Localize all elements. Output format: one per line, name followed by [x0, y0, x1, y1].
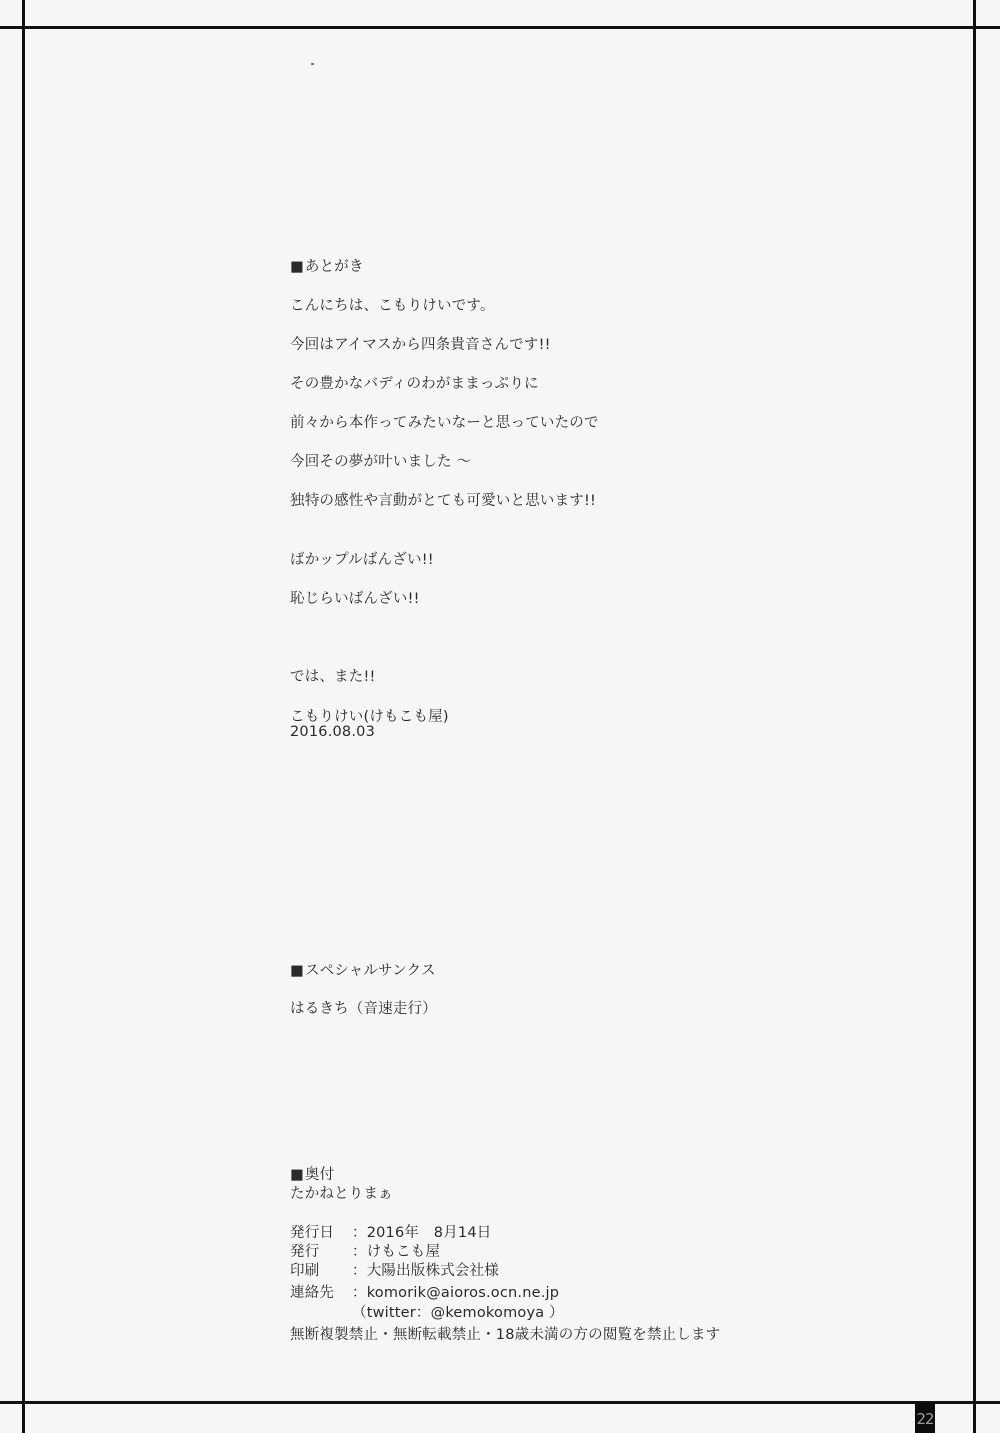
afterword-line: こんにちは、こもりけいです。 [290, 294, 495, 315]
row-label: 印刷 [290, 1259, 352, 1280]
print-speck [311, 63, 314, 65]
afterword-line: ばかップルばんざい!! [290, 548, 434, 569]
row-label: 発行日 [290, 1221, 352, 1242]
colophon-row-publish-date: 発行日：2016年 8月14日 [290, 1221, 491, 1242]
colophon-row-printer: 印刷：大陽出版株式会社様 [290, 1259, 499, 1280]
afterword-line: 恥じらいばんざい!! [290, 587, 420, 608]
copyright-notice: 無断複製禁止・無断転載禁止・18歳未満の方の閲覧を禁止します [290, 1323, 720, 1344]
afterword-line: 独特の感性や言動がとても可愛いと思います!! [290, 489, 596, 510]
special-thanks-name: はるきち（音速走行） [290, 997, 437, 1018]
afterword-line: 今回はアイマスから四条貴音さんです!! [290, 333, 551, 354]
book-title: たかねとりまぁ [290, 1182, 393, 1203]
author-signature: こもりけい(けもこも屋) [290, 705, 449, 726]
row-value: ：2016年 8月14日 [352, 1225, 491, 1241]
afterword-signoff: では、また!! [290, 665, 376, 686]
afterword-heading: あとがき [290, 255, 364, 276]
row-label: 発行 [290, 1240, 352, 1261]
afterword-line: その豊かなバディのわがままっぷりに [290, 372, 539, 393]
frame-line-bottom [0, 1401, 1000, 1404]
page-number: 22 [915, 1403, 935, 1433]
afterword-date: 2016.08.03 [290, 724, 375, 740]
afterword-line: 今回その夢が叶いました ～ [290, 450, 471, 471]
afterword-line: 前々から本作ってみたいなーと思っていたので [290, 411, 599, 432]
special-thanks-heading: スペシャルサンクス [290, 959, 436, 980]
row-label: 連絡先 [290, 1281, 352, 1302]
frame-line-left [22, 0, 25, 1433]
frame-line-right [973, 0, 976, 1433]
colophon-row-publisher: 発行：けもこも屋 [290, 1240, 440, 1261]
colophon-row-contact: 連絡先：komorik@aioros.ocn.ne.jp [290, 1281, 559, 1302]
frame-line-top [0, 26, 1000, 29]
row-value: ：けもこも屋 [352, 1244, 440, 1260]
row-value: ：大陽出版株式会社様 [352, 1263, 499, 1279]
twitter-handle: （twitter：@kemokomoya ） [352, 1301, 564, 1322]
colophon-heading: 奥付 [290, 1163, 334, 1184]
contact-email: ：komorik@aioros.ocn.ne.jp [352, 1285, 559, 1301]
